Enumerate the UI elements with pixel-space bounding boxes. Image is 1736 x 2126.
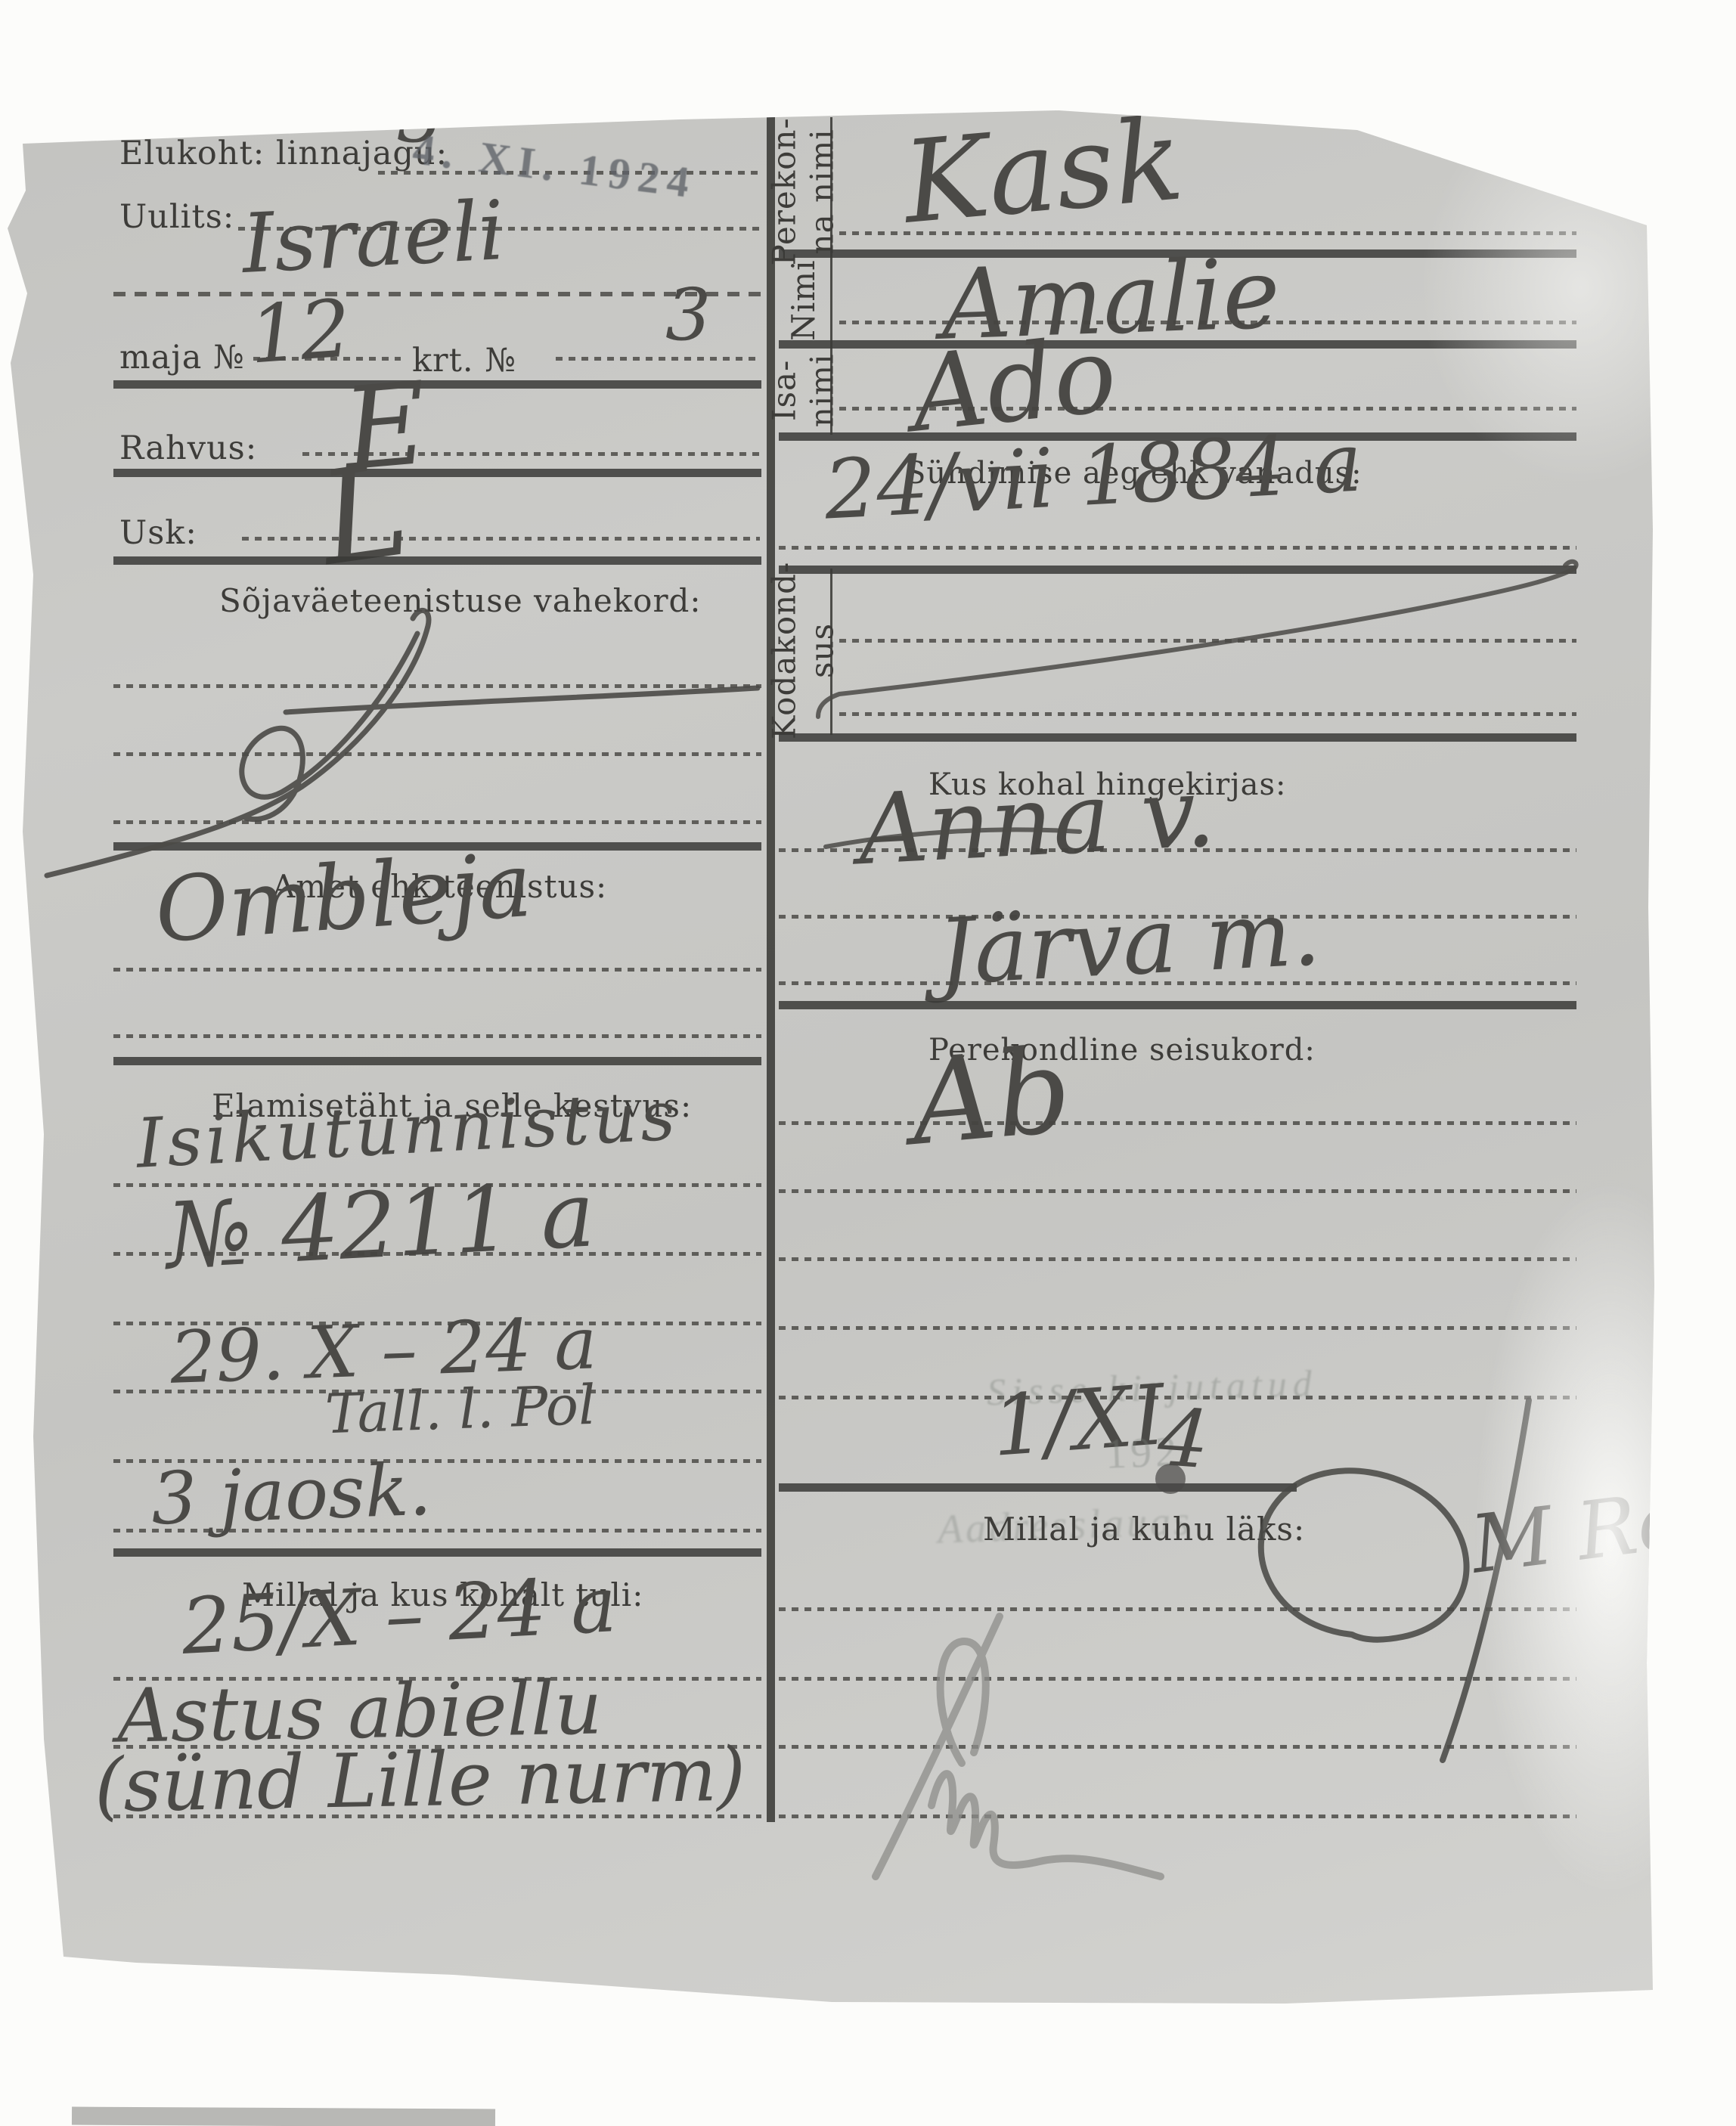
section-rule [113, 380, 761, 389]
citizenship-writing-line [839, 639, 1576, 643]
registry-value-line2-handwriting: Järva m. [935, 881, 1323, 1006]
nationality-label: Rahvus: [119, 429, 257, 467]
citizenship-writing-line [839, 712, 1576, 716]
marital-writing-line [779, 1189, 1576, 1193]
arrival-writing-line [113, 1815, 761, 1818]
section-rule [113, 469, 761, 477]
house-number-label: maja № [119, 339, 245, 377]
scan-highlight [1421, 91, 1736, 484]
firstname-label: Nimi [785, 259, 822, 340]
signature-flourish [1155, 1400, 1529, 1760]
section-rule [113, 556, 761, 565]
apartment-number-writing-line [556, 357, 760, 361]
departure-writing-line [779, 1607, 1576, 1611]
section-rule [779, 733, 1576, 742]
street-section-divider-line [113, 292, 761, 296]
permit-handwriting-line2: № 4211 a [164, 1162, 597, 1289]
registry-value-line1-handwriting: Anna v. [855, 756, 1217, 888]
fathername-label-line1: Isa- [766, 360, 803, 421]
marital-writing-line [779, 1257, 1576, 1261]
surname-label-line2: na nimi [804, 129, 841, 254]
section-rule [113, 1057, 761, 1065]
registry-writing-line [779, 848, 1576, 852]
apartment-number-value-handwriting: 3 [665, 274, 711, 357]
house-number-value-handwriting: 12 [246, 282, 354, 381]
departure-year-handwriting: 4 [1155, 1391, 1212, 1486]
occupation-value-handwriting: Ombleja [152, 832, 535, 962]
section-rule [779, 1001, 1576, 1009]
paper-edge-strip [72, 2107, 495, 2126]
military-writing-line [113, 820, 761, 824]
registry-writing-line [779, 915, 1576, 919]
fathername-label-line2: nimi [804, 354, 841, 428]
citizenship-label-line1: Kodakond- [766, 562, 803, 739]
street-label: Uulits: [119, 198, 234, 236]
departure-writing-line [779, 1677, 1576, 1681]
scan-highlight [1474, 1179, 1736, 1898]
birth-writing-line [779, 546, 1576, 550]
occupation-writing-line [113, 968, 761, 972]
marital-status-value-handwriting: Ab [906, 1021, 1077, 1172]
departure-label: Millal ja kuhu läks: [983, 1511, 1305, 1548]
section-rule [779, 566, 1576, 574]
surname-value-handwriting: Kask [898, 94, 1188, 249]
military-service-label: Sõjaväeteenistuse vahekord: [219, 582, 702, 619]
registry-writing-line [779, 981, 1576, 985]
military-dash-flourish [47, 610, 758, 876]
military-writing-line [113, 684, 761, 688]
permit-writing-line [113, 1252, 761, 1256]
citizenship-label-line2: sus [804, 623, 841, 678]
permit-handwriting-line4: Tall. l. Pol [324, 1373, 597, 1446]
citizenship-label-vertical: Kodakond- sus [766, 559, 842, 741]
religion-label: Usk: [119, 514, 197, 552]
religion-writing-line [242, 537, 760, 541]
section-rule [779, 1483, 1297, 1492]
permit-handwriting-line5: 3 jaosk. [150, 1449, 432, 1542]
departure-writing-line [779, 1815, 1576, 1818]
street-value-handwriting: Israeli [240, 184, 507, 292]
permit-writing-line [113, 1529, 761, 1533]
apartment-number-label: krt. № [412, 342, 516, 380]
occupation-writing-line [113, 1034, 761, 1038]
marital-writing-line [779, 1326, 1576, 1330]
section-rule [113, 1548, 761, 1557]
marital-writing-line [779, 1121, 1576, 1125]
military-writing-line [113, 752, 761, 756]
departure-writing-line [779, 1745, 1576, 1749]
registration-card-paper: Elukoht: linnajagu: 3 4. XI. 1924 Uulits… [0, 0, 1736, 2126]
